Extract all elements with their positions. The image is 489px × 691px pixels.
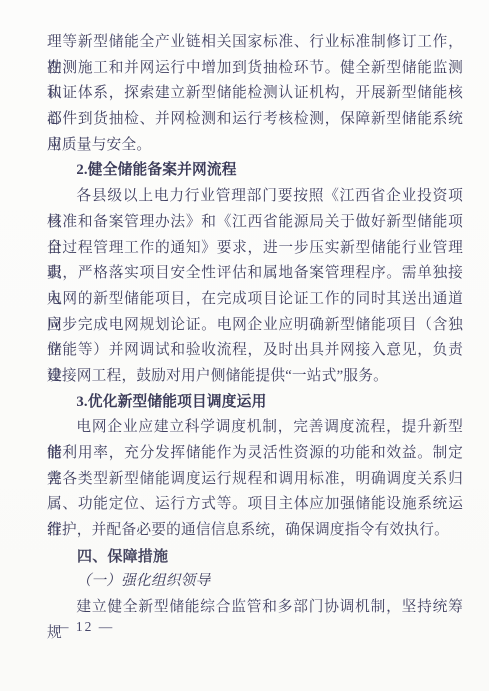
heading-subsection: （一）强化组织领导	[47, 569, 463, 595]
text-line: 勘测施工和并网运行中增加到货抽检环节。健全新型储能监测和	[47, 56, 463, 82]
text-line: 能利用率，充分发挥储能作为灵活性资源的功能和效益。制定完	[47, 441, 463, 467]
text-line: 电网的新型储能项目，在完成项目论证工作的同时其送出通道应	[47, 287, 463, 313]
text-line: 理等新型储能全产业链相关国家标准、行业标准制修订工作，在	[47, 30, 463, 56]
page-number: — 12 —	[55, 619, 114, 635]
heading-numbered: 2.健全储能备案并网流程	[47, 158, 463, 184]
text-line: 储能等）并网调试和验收流程，及时出具并网接入意见，负责建	[47, 338, 463, 364]
text-line: 善各类型新型储能调度运行规程和调用标准，明确调度关系归	[47, 467, 463, 493]
text-line: 各县级以上电力行业管理部门要按照《江西省企业投资项目	[47, 184, 463, 210]
text-line: 设接网工程，鼓励对用户侧储能提供“一站式”服务。	[47, 364, 463, 390]
document-page: 理等新型储能全产业链相关国家标准、行业标准制修订工作，在勘测施工和并网运行中增加…	[0, 0, 489, 691]
text-line: 全过程管理工作的通知》要求，进一步压实新型储能行业管理职	[47, 236, 463, 262]
text-line: 部件到货抽检、并网检测和运行考核检测，保障新型储能系统应	[47, 107, 463, 133]
heading-section: 四、保障措施	[47, 544, 463, 570]
text-line: 认证体系，探索建立新型储能检测认证机构，开展新型储能核心	[47, 81, 463, 107]
heading-numbered: 3.优化新型储能项目调度运用	[47, 390, 463, 416]
text-line: 责，严格落实项目安全性评估和属地备案管理程序。需单独接入	[47, 261, 463, 287]
text-line: 建立健全新型储能综合监管和多部门协调机制，坚持统筹规	[47, 595, 463, 621]
text-line: 用质量与安全。	[47, 133, 463, 159]
text-line: 电网企业应建立科学调度机制，完善调度流程，提升新型储	[47, 415, 463, 441]
document-text: 理等新型储能全产业链相关国家标准、行业标准制修订工作，在勘测施工和并网运行中增加…	[47, 30, 463, 621]
text-line: 核准和备案管理办法》和《江西省能源局关于做好新型储能项目	[47, 210, 463, 236]
text-line: 维护，并配备必要的通信信息系统，确保调度指令有效执行。	[47, 518, 463, 544]
text-line: 同步完成电网规划论证。电网企业应明确新型储能项目（含独立	[47, 313, 463, 339]
text-line: 属、功能定位、运行方式等。项目主体应加强储能设施系统运行	[47, 492, 463, 518]
